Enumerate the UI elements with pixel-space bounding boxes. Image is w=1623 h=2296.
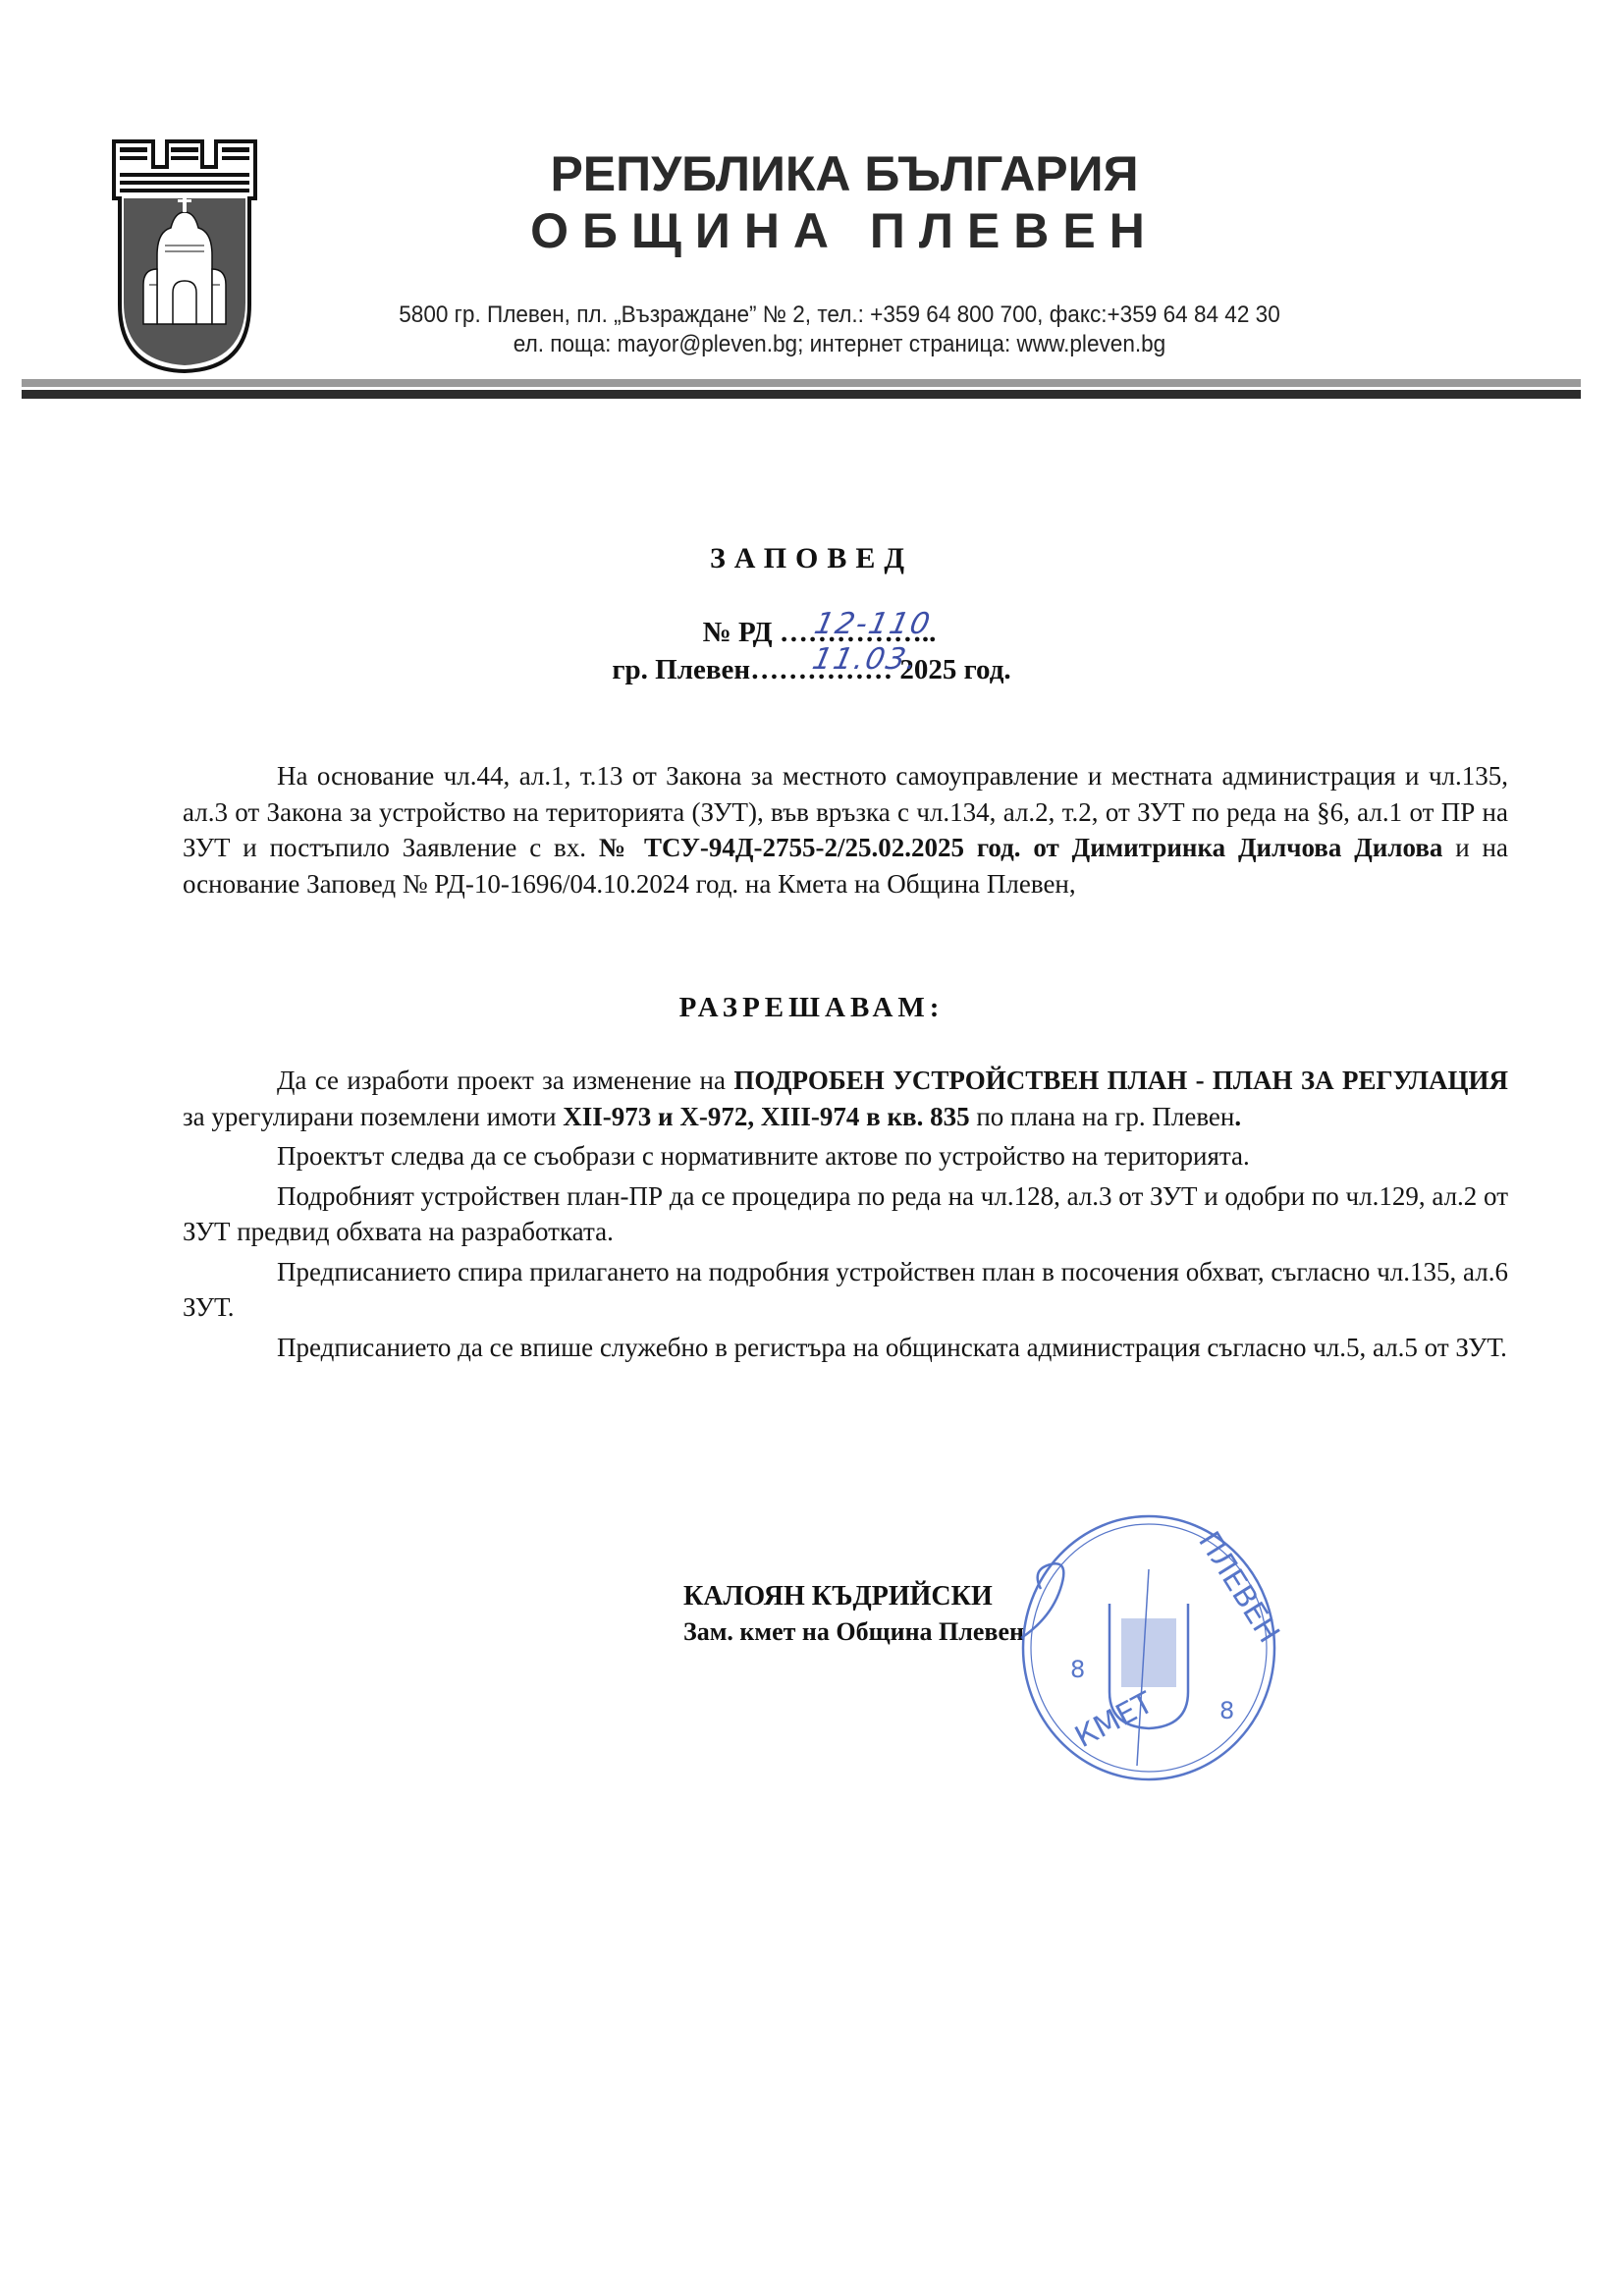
svg-text:КМЕТ: КМЕТ bbox=[1069, 1685, 1160, 1755]
signer-name: КАЛОЯН КЪДРИЙСКИ bbox=[683, 1579, 1024, 1614]
signer-position: Зам. кмет на Община Плевен bbox=[683, 1614, 1024, 1650]
handwritten-order-date: 11.03. bbox=[809, 642, 922, 677]
resolution-paragraph-3: Подробният устройствен план-ПР да се про… bbox=[183, 1178, 1508, 1250]
svg-text:ПЛЕВЕН: ПЛЕВЕН bbox=[1191, 1526, 1286, 1650]
document-title: ЗАПОВЕД bbox=[0, 542, 1623, 575]
svg-text:8: 8 bbox=[1070, 1656, 1085, 1683]
svg-text:8: 8 bbox=[1219, 1697, 1234, 1724]
letterhead-address: 5800 гр. Плевен, пл. „Възраждане” № 2, т… bbox=[318, 301, 1361, 329]
handwritten-order-number: 12-110 bbox=[811, 607, 935, 641]
resolution-heading: РАЗРЕШАВАМ: bbox=[0, 992, 1623, 1024]
resolution-paragraph-1: Да се изработи проект за изменение на ПО… bbox=[183, 1063, 1508, 1134]
pleven-coat-of-arms-icon bbox=[110, 137, 259, 375]
preamble-paragraph: На основание чл.44, ал.1, т.13 от Закона… bbox=[183, 758, 1508, 902]
order-number: № РД …………….. bbox=[0, 617, 1623, 649]
signature-block: КАЛОЯН КЪДРИЙСКИ Зам. кмет на Община Пле… bbox=[683, 1579, 1024, 1650]
letterhead-divider-dark bbox=[22, 390, 1581, 399]
letterhead-divider-gray bbox=[22, 379, 1581, 387]
letterhead-title-municipality: ОБЩИНА ПЛЕВЕН bbox=[432, 202, 1257, 259]
resolution-paragraph-4: Предписанието спира прилагането на подро… bbox=[183, 1254, 1508, 1326]
resolution-body: Да се изработи проект за изменение на ПО… bbox=[183, 1063, 1508, 1365]
official-stamp-icon: ПЛЕВЕН КМЕТ 8 8 bbox=[1001, 1491, 1286, 1785]
resolution-paragraph-2: Проектът следва да се съобрази с нормати… bbox=[183, 1138, 1508, 1175]
letterhead-title-country: РЕПУБЛИКА БЪЛГАРИЯ bbox=[432, 145, 1257, 202]
letterhead-contact: ел. поща: mayor@pleven.bg; интернет стра… bbox=[318, 331, 1361, 358]
resolution-paragraph-5: Предписанието да се впише служебно в рег… bbox=[183, 1330, 1508, 1366]
